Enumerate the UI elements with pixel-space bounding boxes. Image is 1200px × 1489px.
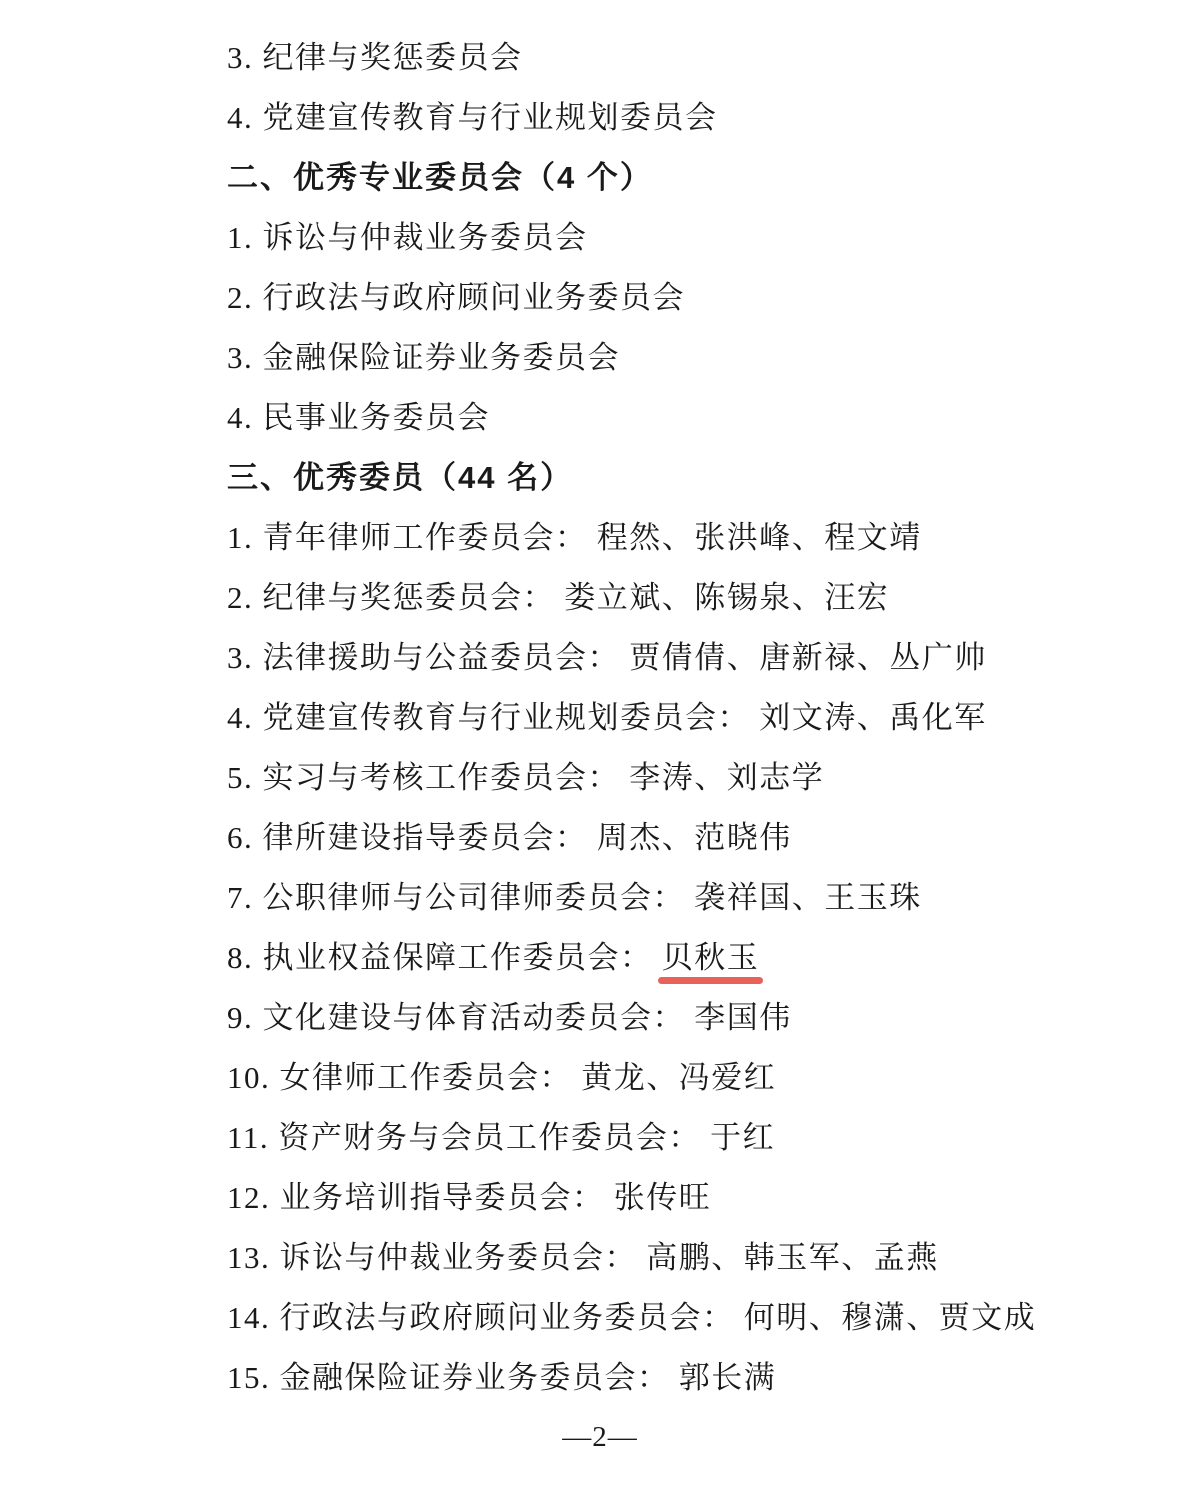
- list-item: 12. 业务培训指导委员会： 张传旺: [227, 1168, 1160, 1228]
- list-item-text: 12. 业务培训指导委员会： 张传旺: [227, 1180, 711, 1215]
- list-item-text: 6. 律所建设指导委员会： 周杰、范晓伟: [227, 820, 792, 855]
- list-item-text: 1. 青年律师工作委员会： 程然、张洪峰、程文靖: [227, 520, 922, 555]
- list-item: 6. 律所建设指导委员会： 周杰、范晓伟: [227, 808, 1160, 868]
- list-item-text: 3. 法律援助与公益委员会： 贾倩倩、唐新禄、丛广帅: [227, 640, 987, 675]
- list-item: 7. 公职律师与公司律师委员会： 袭祥国、王玉珠: [227, 868, 1160, 928]
- list-item: 8. 执业权益保障工作委员会： 贝秋玉: [227, 928, 1160, 988]
- list-item-text: 2. 纪律与奖惩委员会： 娄立斌、陈锡泉、汪宏: [227, 580, 889, 615]
- list-item-text: 9. 文化建设与体育活动委员会： 李国伟: [227, 1000, 792, 1035]
- section-three-list: 1. 青年律师工作委员会： 程然、张洪峰、程文靖2. 纪律与奖惩委员会： 娄立斌…: [227, 508, 1160, 1408]
- list-item-text: 8. 执业权益保障工作委员会：: [227, 940, 662, 975]
- list-item: 2. 纪律与奖惩委员会： 娄立斌、陈锡泉、汪宏: [227, 568, 1160, 628]
- list-item: 1. 青年律师工作委员会： 程然、张洪峰、程文靖: [227, 508, 1160, 568]
- list-item: 11. 资产财务与会员工作委员会： 于红: [227, 1108, 1160, 1168]
- list-item: 9. 文化建设与体育活动委员会： 李国伟: [227, 988, 1160, 1048]
- list-item-text: 15. 金融保险证券业务委员会： 郭长满: [227, 1360, 776, 1395]
- list-item-text: 4. 党建宣传教育与行业规划委员会： 刘文涛、禹化军: [227, 700, 987, 735]
- list-item: 4. 党建宣传教育与行业规划委员会： 刘文涛、禹化军: [227, 688, 1160, 748]
- list-item: 1. 诉讼与仲裁业务委员会: [227, 208, 1160, 268]
- list-item: 2. 行政法与政府顾问业务委员会: [227, 268, 1160, 328]
- list-item: 3. 法律援助与公益委员会： 贾倩倩、唐新禄、丛广帅: [227, 628, 1160, 688]
- document-content: 3. 纪律与奖惩委员会4. 党建宣传教育与行业规划委员会 二、优秀专业委员会（4…: [0, 0, 1200, 1408]
- list-item: 4. 党建宣传教育与行业规划委员会: [227, 88, 1160, 148]
- list-item-text: 14. 行政法与政府顾问业务委员会： 何明、穆潇、贾文成: [227, 1300, 1036, 1335]
- section-three-heading: 三、优秀委员（44 名）: [227, 448, 1160, 508]
- list-item: 13. 诉讼与仲裁业务委员会： 高鹏、韩玉军、孟燕: [227, 1228, 1160, 1288]
- section-one-continuation-list: 3. 纪律与奖惩委员会4. 党建宣传教育与行业规划委员会: [227, 28, 1160, 148]
- list-item: 14. 行政法与政府顾问业务委员会： 何明、穆潇、贾文成: [227, 1288, 1160, 1348]
- list-item: 5. 实习与考核工作委员会： 李涛、刘志学: [227, 748, 1160, 808]
- page-number: —2—: [0, 1414, 1200, 1460]
- list-item-text: 11. 资产财务与会员工作委员会： 于红: [227, 1120, 775, 1155]
- list-item: 3. 金融保险证券业务委员会: [227, 328, 1160, 388]
- list-item-text: 7. 公职律师与公司律师委员会： 袭祥国、王玉珠: [227, 880, 922, 915]
- underlined-name: 贝秋玉: [662, 928, 760, 988]
- list-item: 10. 女律师工作委员会： 黄龙、冯爱红: [227, 1048, 1160, 1108]
- list-item: 3. 纪律与奖惩委员会: [227, 28, 1160, 88]
- list-item-text: 13. 诉讼与仲裁业务委员会： 高鹏、韩玉军、孟燕: [227, 1240, 939, 1275]
- list-item-text: 10. 女律师工作委员会： 黄龙、冯爱红: [227, 1060, 776, 1095]
- list-item-text: 5. 实习与考核工作委员会： 李涛、刘志学: [227, 760, 824, 795]
- section-two-heading: 二、优秀专业委员会（4 个）: [227, 148, 1160, 208]
- document-page: 3. 纪律与奖惩委员会4. 党建宣传教育与行业规划委员会 二、优秀专业委员会（4…: [0, 0, 1200, 1489]
- list-item: 15. 金融保险证券业务委员会： 郭长满: [227, 1348, 1160, 1408]
- section-two-list: 1. 诉讼与仲裁业务委员会2. 行政法与政府顾问业务委员会3. 金融保险证券业务…: [227, 208, 1160, 448]
- list-item: 4. 民事业务委员会: [227, 388, 1160, 448]
